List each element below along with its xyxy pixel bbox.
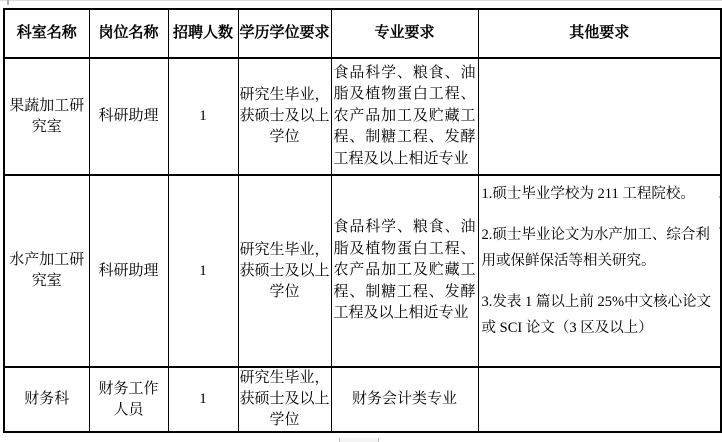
recruitment-table: 科室名称 岗位名称 招聘人数 学历学位要求 专业要求 其他要求 果蔬加工研究室 …	[3, 8, 722, 433]
other-requirement-item: 2.硕士毕业论文为水产加工、综合利用或保鲜保活等相关研究。	[482, 222, 718, 274]
cell-major: 财务会计类专业	[331, 367, 478, 432]
header-major: 专业要求	[331, 9, 478, 58]
cell-other-empty	[478, 367, 721, 432]
header-row: 科室名称 岗位名称 招聘人数 学历学位要求 专业要求 其他要求	[4, 9, 721, 58]
cell-degree: 研究生毕业，获硕士及以上学位	[238, 367, 331, 432]
header-position: 岗位名称	[89, 9, 168, 58]
table-row: 果蔬加工研究室 科研助理 1 研究生毕业，获硕士及以上学位 食品科学、粮食、油脂…	[4, 58, 721, 175]
table-row: 财务科 财务工作人员 1 研究生毕业，获硕士及以上学位 财务会计类专业	[4, 367, 721, 432]
table-row: 水产加工研究室 科研助理 1 研究生毕业，获硕士及以上学位 食品科学、粮食、油脂…	[4, 175, 721, 367]
cell-headcount: 1	[168, 175, 238, 367]
cell-department: 财务科	[4, 367, 89, 432]
cell-degree: 研究生毕业，获硕士及以上学位	[238, 58, 331, 175]
other-requirement-item: 1.硕士毕业学校为 211 工程院校。	[482, 181, 718, 207]
header-degree: 学历学位要求	[238, 9, 331, 58]
table-body: 果蔬加工研究室 科研助理 1 研究生毕业，获硕士及以上学位 食品科学、粮食、油脂…	[4, 58, 721, 432]
cell-position: 科研助理	[89, 175, 168, 367]
other-requirement-item: 3.发表 1 篇以上前 25%中文核心论文或 SCI 论文（3 区及以上）	[482, 289, 718, 341]
header-headcount: 招聘人数	[168, 9, 238, 58]
table-header: 科室名称 岗位名称 招聘人数 学历学位要求 专业要求 其他要求	[4, 9, 721, 58]
crop-artifact-top-line	[0, 0, 722, 1]
cell-major: 食品科学、粮食、油脂及植物蛋白工程、农产品加工及贮藏工程、制糖工程、发酵工程及以…	[331, 175, 478, 367]
header-department: 科室名称	[4, 9, 89, 58]
cell-department: 果蔬加工研究室	[4, 58, 89, 175]
cell-headcount: 1	[168, 58, 238, 175]
cell-headcount: 1	[168, 367, 238, 432]
cell-degree: 研究生毕业，获硕士及以上学位	[238, 175, 331, 367]
cell-department: 水产加工研究室	[4, 175, 89, 367]
cell-other: 1.硕士毕业学校为 211 工程院校。 2.硕士毕业论文为水产加工、综合利用或保…	[478, 175, 721, 367]
cell-major: 食品科学、粮食、油脂及植物蛋白工程、农产品加工及贮藏工程、制糖工程、发酵工程及以…	[331, 58, 478, 175]
cell-position: 科研助理	[89, 58, 168, 175]
crop-artifact-bottom-box	[339, 438, 379, 442]
header-other: 其他要求	[478, 9, 721, 58]
crop-artifact-top-tick	[7, 0, 9, 5]
cell-other-empty	[478, 58, 721, 175]
cell-position: 财务工作人员	[89, 367, 168, 432]
